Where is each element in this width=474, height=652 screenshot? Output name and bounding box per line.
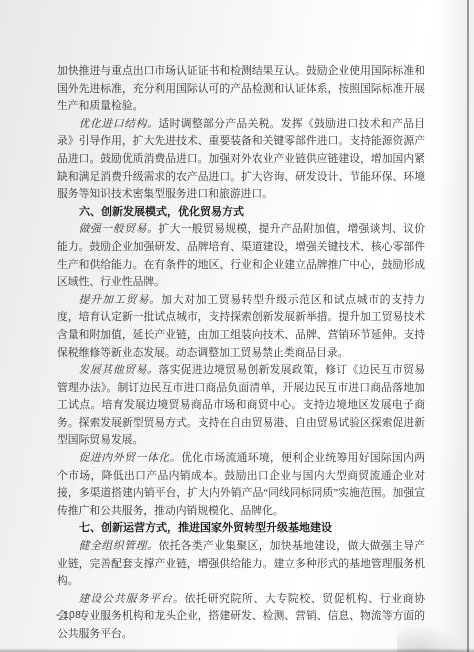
- paragraph-lead: 建设公共服务平台。: [79, 593, 185, 605]
- paragraph: 发展其他贸易。落实促进边境贸易创新发展政策，修订《边民互市贸易管理办法》。制订边…: [57, 362, 425, 450]
- paragraph-lead: 促进内外贸一体化。: [79, 452, 182, 464]
- section-heading-seven: 七、创新运营方式，推进国家外贸转型升级基地建设: [57, 520, 425, 538]
- document-text-block: 加快推进与重点出口市场认证证书和检测结果互认。鼓励企业使用国际标准和国外先进标准…: [57, 63, 425, 644]
- paragraph-lead: 做强一般贸易。: [79, 223, 159, 235]
- page-number: - 108 -: [56, 610, 88, 621]
- paragraph: 加快推进与重点出口市场认证证书和检测结果互认。鼓励企业使用国际标准和国外先进标准…: [57, 63, 425, 116]
- paragraph: 优化进口结构。适时调整部分产品关税。发挥《鼓励进口技术和产品目录》引导作用，扩大…: [57, 116, 425, 204]
- paragraph-text: 加快推进与重点出口市场认证证书和检测结果互认。鼓励企业使用国际标准和国外先进标准…: [57, 65, 425, 112]
- paragraph: 促进内外贸一体化。优化市场流通环境，便利企业统筹用好国际国内两个市场，降低出口产…: [57, 450, 425, 520]
- paragraph: 建设公共服务平台。依托研究院所、大专院校、贸促机构、行业商协会、专业服务机构和龙…: [57, 591, 425, 644]
- paragraph-text: 落实促进边境贸易创新发展政策，修订《边民互市贸易管理办法》。制订边民互市进口商品…: [57, 364, 425, 446]
- paragraph-lead: 发展其他贸易。: [79, 364, 159, 376]
- page-curl-shadow: [439, 0, 467, 652]
- page-edge-outer: [469, 0, 474, 652]
- section-heading-six: 六、创新发展模式，优化贸易方式: [57, 204, 425, 222]
- paragraph-lead: 健全组织管理。: [79, 540, 159, 552]
- paragraph-lead: 提升加工贸易。: [79, 294, 162, 306]
- paragraph-text: 适时调整部分产品关税。发挥《鼓励进口技术和产品目录》引导作用，扩大先进技术、重要…: [57, 118, 425, 200]
- paragraph: 健全组织管理。依托各类产业集聚区，加快基地建设，做大做强主导产业链，完善配套支撑…: [57, 538, 425, 591]
- paragraph-lead: 优化进口结构。: [79, 118, 159, 130]
- paragraph: 提升加工贸易。加大对加工贸易转型升级示范区和试点城市的支持力度，培育认定新一批试…: [57, 292, 425, 362]
- paragraph: 做强一般贸易。扩大一般贸易规模，提升产品附加值，增强谈判、议价能力。鼓励企业加强…: [57, 221, 425, 291]
- page-bottom-edge: [0, 648, 474, 652]
